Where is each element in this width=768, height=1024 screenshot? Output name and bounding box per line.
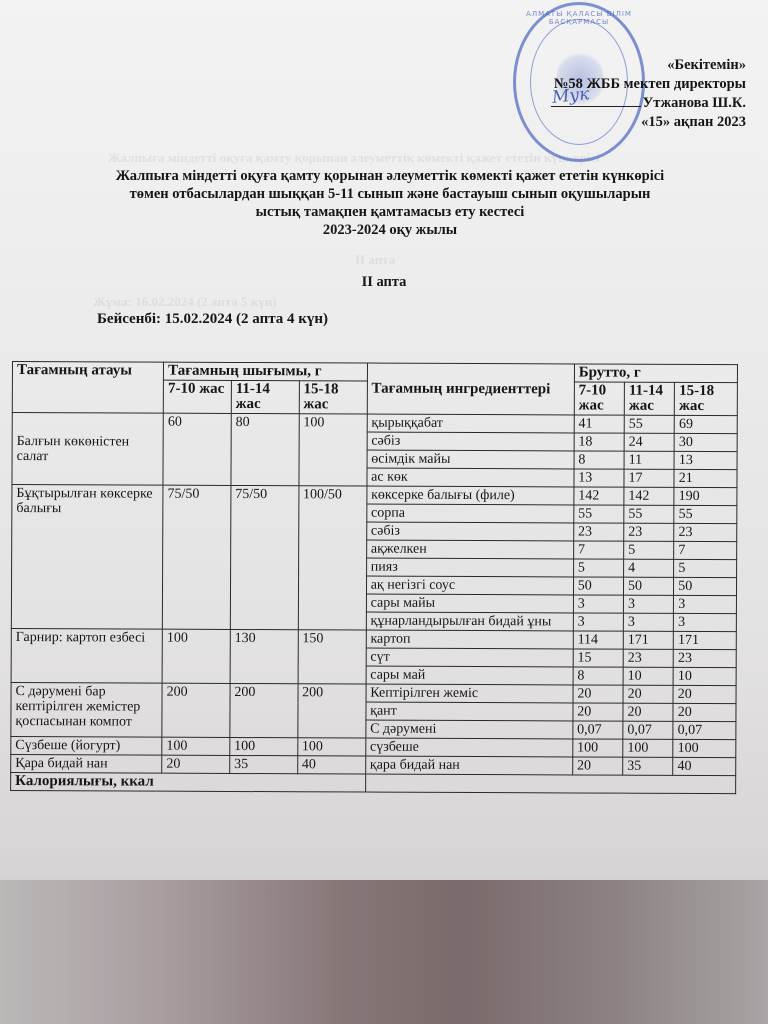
ingredient-brutto: 55	[574, 505, 624, 523]
ingredient-brutto: 10	[673, 667, 736, 685]
ingredient-brutto: 171	[674, 631, 737, 649]
dish-name: Қара бидай нан	[11, 754, 162, 773]
dish-output: 75/50	[162, 485, 230, 629]
header-ingredients: Тағамның ингредиенттері	[367, 363, 574, 415]
dish-name: Балғын көкөністен салат	[12, 413, 163, 486]
dish-name: Бұқтырылған көксерке балығы	[11, 485, 163, 630]
week-label: II апта	[0, 274, 768, 291]
ingredient-brutto: 24	[624, 433, 674, 451]
ingredient-brutto: 21	[674, 469, 737, 487]
ingredient-brutto: 7	[573, 541, 623, 559]
ingredient-brutto: 4	[624, 559, 674, 577]
ghost-day: Жұма: 16.02.2024 (2 апта 5 күн)	[93, 294, 277, 310]
dish-output: 200	[230, 683, 298, 737]
ingredient-brutto: 40	[673, 757, 736, 775]
ingredient-brutto: 50	[624, 577, 674, 595]
ingredient-brutto: 20	[573, 685, 623, 703]
ingredient-brutto: 41	[574, 415, 624, 433]
ingredient-name: сәбіз	[366, 522, 573, 541]
ingredient-brutto: 8	[573, 667, 623, 685]
ingredient-brutto: 20	[623, 703, 673, 721]
ingredient-name: қырыққабат	[367, 414, 574, 433]
menu-table: Тағамның атауы Тағамның шығымы, г Тағамн…	[10, 361, 738, 794]
header-output-age-3: 15-18 жас	[299, 381, 367, 414]
ingredient-brutto: 0,07	[623, 721, 673, 739]
table-row: С дәрумені бар кептірілген жемістер қосп…	[11, 682, 736, 703]
ingredient-brutto: 55	[624, 415, 674, 433]
ingredient-brutto: 23	[574, 523, 624, 541]
dish-output: 100	[230, 737, 298, 755]
header-output-age-2: 11-14 жас	[231, 380, 299, 413]
ingredient-brutto: 7	[674, 541, 737, 559]
ingredient-brutto: 35	[623, 757, 673, 775]
header-row-1: Тағамның атауы Тағамның шығымы, г Тағамн…	[12, 362, 737, 383]
ingredient-brutto: 114	[573, 631, 623, 649]
dish-output: 200	[162, 683, 230, 737]
ingredient-brutto: 50	[674, 577, 737, 595]
ingredient-brutto: 100	[573, 739, 623, 757]
title-line-4: 2023-2024 оқу жылы	[60, 221, 720, 239]
ingredient-name: құнарландырылған бидай ұны	[366, 612, 573, 631]
ingredient-brutto: 10	[623, 667, 673, 685]
ingredient-brutto: 20	[673, 703, 736, 721]
ingredient-name: С дәрумені	[366, 720, 573, 739]
dish-output: 20	[162, 755, 230, 773]
signature: Мук	[551, 84, 590, 108]
ingredient-brutto: 171	[623, 631, 673, 649]
ingredient-brutto: 20	[673, 685, 736, 703]
table-row: Гарнир: картоп езбесі100130150картоп1141…	[11, 628, 736, 649]
ingredient-brutto: 20	[572, 757, 622, 775]
ghost-title: Жалпыға міндетті оқуға қамту қорынан әле…	[108, 150, 600, 166]
ingredient-name: пияз	[366, 558, 573, 577]
ingredient-brutto: 3	[623, 613, 673, 631]
dish-output: 100	[162, 629, 230, 683]
ingredient-brutto: 100	[623, 739, 673, 757]
ingredient-name: ас көк	[367, 468, 574, 487]
ingredient-brutto: 3	[623, 595, 673, 613]
ingredient-name: сүт	[366, 648, 573, 667]
ingredient-brutto: 5	[573, 559, 623, 577]
dish-output: 100	[299, 414, 367, 486]
dish-output: 35	[230, 755, 298, 773]
ingredient-name: өсімдік майы	[367, 450, 574, 469]
ingredient-brutto: 8	[574, 451, 624, 469]
menu-table-body: Балғын көкөністен салат6080100қырыққабат…	[11, 413, 738, 776]
dish-output: 130	[230, 629, 298, 683]
ingredient-name: сорпа	[366, 504, 573, 523]
ingredient-brutto: 20	[573, 703, 623, 721]
title-line-1: Жалпыға міндетті оқуға қамту қорынан әле…	[60, 167, 720, 185]
dish-output: 100	[162, 737, 230, 755]
ingredient-brutto: 3	[674, 613, 737, 631]
ingredient-name: қант	[366, 702, 573, 721]
header-brutto-age-3: 15-18 жас	[675, 382, 738, 415]
ingredient-brutto: 20	[623, 685, 673, 703]
dish-name: Сүзбеше (йогурт)	[11, 736, 162, 755]
approval-title: «Бекітемін»	[551, 56, 746, 75]
title-line-3: ыстық тамақпен қамтамасыз ету кестесі	[60, 203, 720, 221]
ingredient-brutto: 55	[624, 505, 674, 523]
dish-output: 100	[297, 738, 365, 756]
dish-output: 75/50	[230, 485, 298, 629]
title-line-2: төмен отбасылардан шыққан 5-11 сынып жән…	[60, 185, 720, 203]
header-output-age-1: 7-10 жас	[163, 380, 231, 413]
table-row: Балғын көкөністен салат6080100қырыққабат…	[12, 413, 737, 434]
header-dish: Тағамның атауы	[12, 362, 163, 414]
header-brutto-age-2: 11-14 жас	[624, 382, 674, 415]
ingredient-brutto: 23	[623, 649, 673, 667]
ingredient-brutto: 3	[573, 613, 623, 631]
ingredient-name: сүзбеше	[365, 738, 572, 757]
ingredient-brutto: 3	[573, 595, 623, 613]
ingredient-brutto: 3	[674, 595, 737, 613]
ingredient-brutto: 69	[674, 415, 737, 433]
approval-date: «15» ақпан 2023	[551, 113, 746, 132]
dish-output: 150	[298, 630, 366, 684]
header-brutto: Брутто, г	[574, 364, 737, 383]
ingredient-brutto: 23	[624, 523, 674, 541]
dish-output: 80	[231, 413, 299, 485]
ingredient-brutto: 13	[574, 469, 624, 487]
ingredient-brutto: 17	[624, 469, 674, 487]
ingredient-brutto: 190	[674, 487, 737, 505]
dish-output: 200	[297, 684, 365, 738]
calories-value	[365, 774, 735, 794]
ingredient-name: қара бидай нан	[365, 756, 572, 775]
ingredient-name: сары май	[366, 666, 573, 685]
ingredient-name: сәбіз	[367, 432, 574, 451]
calories-label: Калориялығы, ккал	[11, 772, 366, 792]
ingredient-brutto: 142	[574, 487, 624, 505]
dish-output: 40	[297, 756, 365, 774]
approval-name: Утжанова Ш.К.	[643, 95, 746, 111]
ingredient-name: көксерке балығы (филе)	[367, 486, 574, 505]
day-label: Бейсенбі: 15.02.2024 (2 апта 4 күн)	[97, 311, 328, 328]
ghost-week: II апта	[355, 252, 395, 268]
ingredient-brutto: 5	[674, 559, 737, 577]
ingredient-brutto: 5	[624, 541, 674, 559]
ingredient-brutto: 50	[573, 577, 623, 595]
ingredient-brutto: 23	[674, 523, 737, 541]
ingredient-name: Кептірілген жеміс	[366, 684, 573, 703]
ingredient-brutto: 15	[573, 649, 623, 667]
header-output: Тағамның шығымы, г	[164, 362, 368, 381]
background-shadow	[0, 880, 768, 1024]
ingredient-brutto: 142	[624, 487, 674, 505]
ingredient-name: сары майы	[366, 594, 573, 613]
ingredient-name: ақ негізгі соус	[366, 576, 573, 595]
dish-name: С дәрумені бар кептірілген жемістер қосп…	[11, 682, 162, 737]
ingredient-brutto: 23	[673, 649, 736, 667]
stamp-text: АЛМАТЫ ҚАЛАСЫ БІЛІМ БАСҚАРМАСЫ	[516, 10, 642, 26]
dish-name: Гарнир: картоп езбесі	[11, 628, 162, 683]
ingredient-name: картоп	[366, 630, 573, 649]
calories-row: Калориялығы, ккал	[11, 772, 736, 793]
dish-output: 100/50	[298, 486, 367, 630]
ingredient-brutto: 0,07	[673, 721, 736, 739]
header-brutto-age-1: 7-10 жас	[574, 382, 624, 415]
dish-output: 60	[163, 413, 231, 485]
ingredient-brutto: 13	[674, 451, 737, 469]
document-title: Жалпыға міндетті оқуға қамту қорынан әле…	[60, 167, 720, 239]
ingredient-name: ақжелкен	[366, 540, 573, 559]
ingredient-brutto: 30	[674, 433, 737, 451]
table-row: Бұқтырылған көксерке балығы75/5075/50100…	[12, 485, 737, 506]
ingredient-brutto: 18	[574, 433, 624, 451]
ingredient-brutto: 11	[624, 451, 674, 469]
ingredient-brutto: 100	[673, 739, 736, 757]
ingredient-brutto: 0,07	[573, 721, 623, 739]
ingredient-brutto: 55	[674, 505, 737, 523]
